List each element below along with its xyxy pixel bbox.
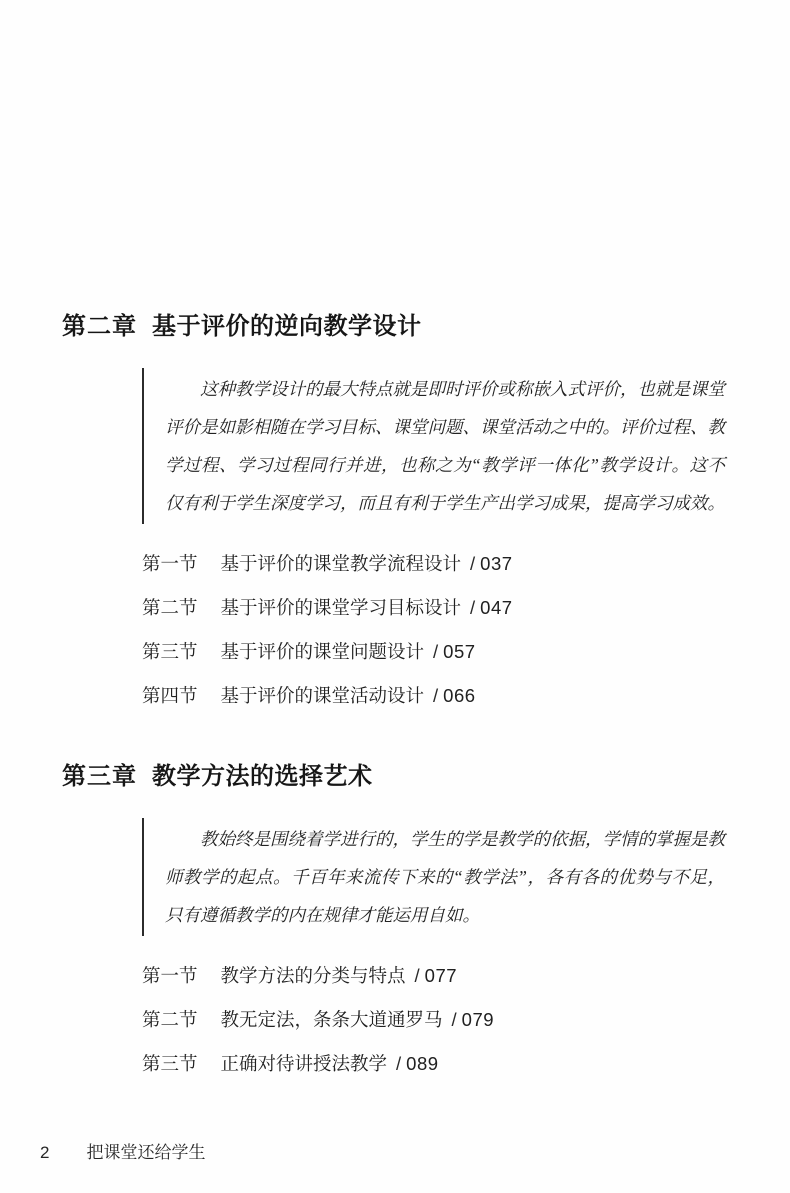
section-separator: / (452, 1009, 457, 1030)
chapter-title: 基于评价的逆向教学设计 (152, 313, 422, 341)
chapter-number: 第二章 (62, 313, 137, 341)
section-separator: / (433, 685, 438, 706)
section-page-number: 089 (406, 1053, 438, 1074)
section-label: 第四节 (142, 685, 198, 706)
section-label: 第三节 (142, 641, 198, 662)
toc-entry: 第四节基于评价的课堂活动设计/066 (142, 674, 726, 718)
toc-entry: 第一节教学方法的分类与特点/077 (142, 954, 726, 998)
section-page-number: 066 (443, 685, 475, 706)
section-title: 基于评价的课堂教学流程设计 (221, 553, 462, 574)
toc-entry: 第二节基于评价的课堂学习目标设计/047 (142, 586, 726, 630)
section-title: 基于评价的课堂问题设计 (221, 641, 425, 662)
section-page-number: 079 (462, 1009, 494, 1030)
section-label: 第一节 (142, 553, 198, 574)
chapter-summary: 教始终是围绕着学进行的，学生的学是教学的依据，学情的掌握是教师教学的起点。千百年… (142, 818, 725, 936)
chapter-3-block: 第三章 教学方法的选择艺术 教始终是围绕着学进行的，学生的学是教学的依据，学情的… (62, 763, 726, 1086)
chapter-heading: 第三章 教学方法的选择艺术 (62, 763, 726, 791)
section-title: 教无定法，条条大道通罗马 (221, 1009, 443, 1030)
section-label: 第三节 (142, 1053, 198, 1074)
chapter-title: 教学方法的选择艺术 (152, 763, 373, 791)
section-separator: / (470, 597, 475, 618)
section-title: 正确对待讲授法教学 (221, 1053, 388, 1074)
book-toc-page: 第二章 基于评价的逆向教学设计 这种教学设计的最大特点就是即时评价或称嵌入式评价… (0, 0, 790, 1193)
chapter-number: 第三章 (62, 763, 137, 791)
section-title: 基于评价的课堂活动设计 (221, 685, 425, 706)
section-separator: / (415, 965, 420, 986)
section-list: 第一节教学方法的分类与特点/077 第二节教无定法，条条大道通罗马/079 第三… (142, 954, 726, 1086)
section-separator: / (433, 641, 438, 662)
page-footer: 2 把课堂还给学生 (40, 1138, 205, 1163)
section-label: 第二节 (142, 1009, 198, 1030)
section-page-number: 057 (443, 641, 475, 662)
section-label: 第一节 (142, 965, 198, 986)
section-title: 基于评价的课堂学习目标设计 (221, 597, 462, 618)
section-page-number: 047 (480, 597, 512, 618)
toc-entry: 第三节基于评价的课堂问题设计/057 (142, 630, 726, 674)
toc-entry: 第二节教无定法，条条大道通罗马/079 (142, 998, 726, 1042)
section-label: 第二节 (142, 597, 198, 618)
section-page-number: 037 (480, 553, 512, 574)
folio-page-number: 2 (40, 1143, 49, 1163)
section-separator: / (396, 1053, 401, 1074)
toc-entry: 第一节基于评价的课堂教学流程设计/037 (142, 542, 726, 586)
section-title: 教学方法的分类与特点 (221, 965, 406, 986)
chapter-2-block: 第二章 基于评价的逆向教学设计 这种教学设计的最大特点就是即时评价或称嵌入式评价… (62, 313, 726, 718)
chapter-summary: 这种教学设计的最大特点就是即时评价或称嵌入式评价，也就是课堂评价是如影相随在学习… (142, 368, 725, 524)
section-page-number: 077 (425, 965, 457, 986)
toc-entry: 第三节正确对待讲授法教学/089 (142, 1042, 726, 1086)
chapter-heading: 第二章 基于评价的逆向教学设计 (62, 313, 726, 341)
section-list: 第一节基于评价的课堂教学流程设计/037 第二节基于评价的课堂学习目标设计/04… (142, 542, 726, 718)
section-separator: / (470, 553, 475, 574)
running-book-title: 把课堂还给学生 (86, 1138, 205, 1163)
